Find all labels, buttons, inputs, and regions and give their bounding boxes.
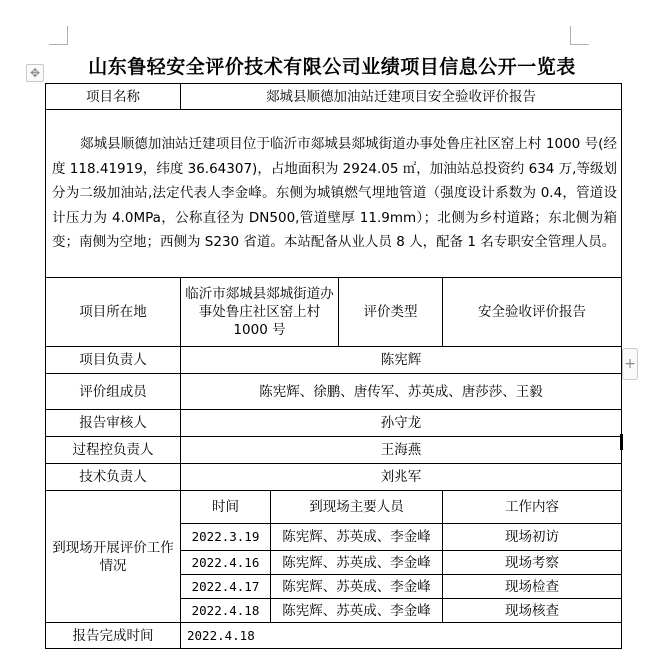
eval-type-label: 评价类型 xyxy=(339,278,443,347)
project-name-label: 项目名称 xyxy=(46,84,181,110)
site-visit-time[interactable]: 2022.3.19 xyxy=(181,524,271,551)
project-lead-value[interactable]: 陈宪辉 xyxy=(181,347,622,374)
completion-label: 报告完成时间 xyxy=(46,623,181,649)
project-name-value[interactable]: 郯城县顺德加油站迁建项目安全验收评价报告 xyxy=(181,84,622,110)
team-label: 评价组成员 xyxy=(46,374,181,410)
site-work-label: 到现场开展评价工作情况 xyxy=(46,491,181,623)
site-visit-personnel[interactable]: 陈宪辉、苏英成、李金峰 xyxy=(271,524,443,551)
project-description[interactable]: 郯城县顺德加油站迁建项目位于临沂市郯城县郯城街道办事处鲁庄社区窑上村 1000 … xyxy=(46,110,622,278)
site-visit-time[interactable]: 2022.4.16 xyxy=(181,551,271,575)
location-label: 项目所在地 xyxy=(46,278,181,347)
site-visit-content[interactable]: 现场考察 xyxy=(443,551,622,575)
project-lead-label: 项目负责人 xyxy=(46,347,181,374)
reviewer-value[interactable]: 孙守龙 xyxy=(181,410,622,437)
completion-date[interactable]: 2022.4.18 xyxy=(181,623,622,649)
page-corner-mark-right xyxy=(570,26,589,45)
tech-lead-label: 技术负责人 xyxy=(46,464,181,491)
site-visit-content[interactable]: 现场检查 xyxy=(443,575,622,599)
page-corner-mark-left xyxy=(49,26,68,45)
site-visit-content[interactable]: 现场核查 xyxy=(443,599,622,623)
site-visit-content[interactable]: 现场初访 xyxy=(443,524,622,551)
site-visit-personnel[interactable]: 陈宪辉、苏英成、李金峰 xyxy=(271,575,443,599)
reviewer-label: 报告审核人 xyxy=(46,410,181,437)
process-lead-label: 过程控负责人 xyxy=(46,437,181,464)
location-value[interactable]: 临沂市郯城县郯城街道办事处鲁庄社区窑上村 1000 号 xyxy=(181,278,339,347)
site-header-time: 时间 xyxy=(181,491,271,524)
site-visit-time[interactable]: 2022.4.17 xyxy=(181,575,271,599)
tech-lead-value[interactable]: 刘兆军 xyxy=(181,464,622,491)
add-column-button[interactable]: + xyxy=(622,348,638,380)
site-visit-time[interactable]: 2022.4.18 xyxy=(181,599,271,623)
team-value[interactable]: 陈宪辉、徐鹏、唐传军、苏英成、唐莎莎、王毅 xyxy=(181,374,622,410)
site-header-personnel: 到现场主要人员 xyxy=(271,491,443,524)
site-visit-personnel[interactable]: 陈宪辉、苏英成、李金峰 xyxy=(271,599,443,623)
eval-type-value[interactable]: 安全验收评价报告 xyxy=(443,278,622,347)
process-lead-value[interactable]: 王海燕 xyxy=(181,437,622,464)
site-visit-personnel[interactable]: 陈宪辉、苏英成、李金峰 xyxy=(271,551,443,575)
site-header-content: 工作内容 xyxy=(443,491,622,524)
document-title: 山东鲁轻安全评价技术有限公司业绩项目信息公开一览表 xyxy=(0,52,664,79)
project-info-table: 项目名称 郯城县顺德加油站迁建项目安全验收评价报告 郯城县顺德加油站迁建项目位于… xyxy=(45,83,622,649)
